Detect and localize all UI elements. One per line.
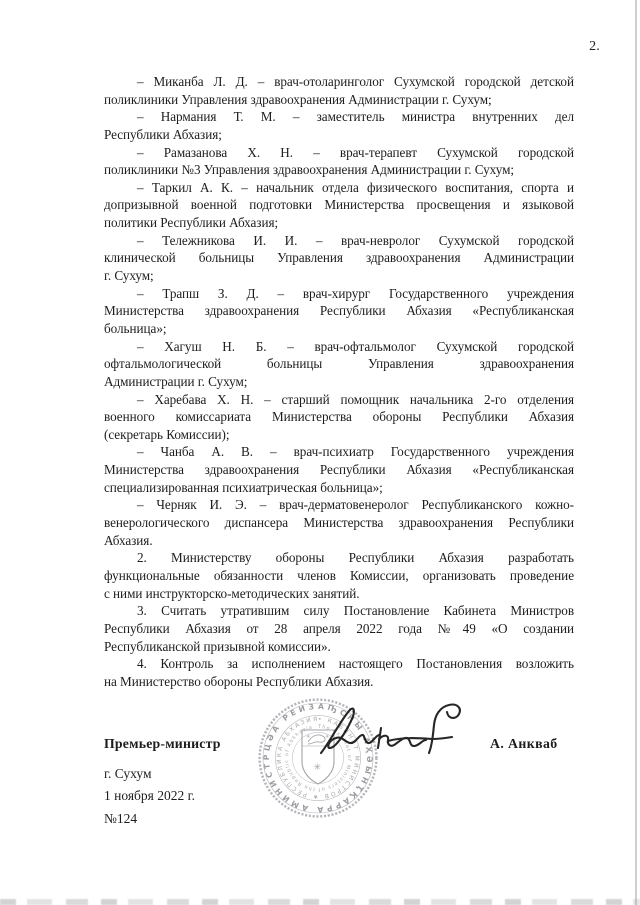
issue-details: г. Сухум 1 ноября 2022 г. №124 <box>104 763 195 830</box>
document-number: №124 <box>104 808 195 830</box>
text-line: венерологического диспансера Министерств… <box>104 514 574 532</box>
signature-title: Премьер-министр <box>104 736 221 752</box>
paragraph: – Миканба Л. Д. – врач-отоларинголог Сух… <box>104 73 574 108</box>
scan-noise-strip <box>0 899 640 905</box>
text-line: – Харебава Х. Н. – старший помощник нача… <box>104 391 574 409</box>
text-line: военного комиссариата Министерства оборо… <box>104 408 574 426</box>
text-line: Республиканской призывной комиссии». <box>104 638 574 656</box>
text-line: г. Сухум; <box>104 267 574 285</box>
text-line: 4. Контроль за исполнением настоящего По… <box>104 655 574 673</box>
text-line: Министерства здравоохранения Республики … <box>104 302 574 320</box>
paragraph: – Трапш З. Д. – врач-хирург Государствен… <box>104 285 574 338</box>
text-line: Абхазия. <box>104 532 574 550</box>
text-line: Республики Абхазия; <box>104 126 574 144</box>
paragraph: – Таркил А. К. – начальник отдела физиче… <box>104 179 574 232</box>
text-line: Республики Абхазия от 28 апреля 2022 год… <box>104 620 574 638</box>
text-line: с ними инструкторско-методических заняти… <box>104 585 574 603</box>
text-line: допризывной военной подготовки Министерс… <box>104 196 574 214</box>
paragraph: 2. Министерству обороны Республики Абхаз… <box>104 549 574 602</box>
text-line: – Трапш З. Д. – врач-хирург Государствен… <box>104 285 574 303</box>
text-line: офтальмологической больницы Управления з… <box>104 355 574 373</box>
text-line: 2. Министерству обороны Республики Абхаз… <box>104 549 574 567</box>
paragraph: – Тележникова И. И. – врач-невролог Суху… <box>104 232 574 285</box>
text-line: 3. Считать утратившим силу Постановление… <box>104 602 574 620</box>
text-line: – Черняк И. Э. – врач-дерматовенеролог Р… <box>104 496 574 514</box>
paragraph: – Черняк И. Э. – врач-дерматовенеролог Р… <box>104 496 574 549</box>
document-page: 2. – Миканба Л. Д. – врач-отоларинголог … <box>0 0 640 905</box>
paragraph: – Нармания Т. М. – заместитель министра … <box>104 108 574 143</box>
document-body: – Миканба Л. Д. – врач-отоларинголог Сух… <box>104 73 574 690</box>
text-line: Министерства здравоохранения Республики … <box>104 461 574 479</box>
text-line: – Нармания Т. М. – заместитель министра … <box>104 108 574 126</box>
text-line: – Таркил А. К. – начальник отдела физиче… <box>104 179 574 197</box>
paragraph: – Хагуш Н. Б. – врач-офтальмолог Сухумск… <box>104 338 574 391</box>
text-line: специализированная психиатрическая больн… <box>104 479 574 497</box>
issue-place: г. Сухум <box>104 763 195 785</box>
text-line: функциональные обязанности членов Комисс… <box>104 567 574 585</box>
text-line: поликлиники №3 Управления здравоохранени… <box>104 161 574 179</box>
text-line: политики Республики Абхазия; <box>104 214 574 232</box>
scan-edge-line <box>635 0 637 905</box>
text-line: (секретарь Комиссии); <box>104 426 574 444</box>
text-line: – Рамазанова Х. Н. – врач-терапевт Сухум… <box>104 144 574 162</box>
text-line: – Чанба А. В. – врач-психиатр Государств… <box>104 443 574 461</box>
page-number: 2. <box>570 39 600 55</box>
issue-date: 1 ноября 2022 г. <box>104 785 195 807</box>
text-line: больница»; <box>104 320 574 338</box>
text-line: – Миканба Л. Д. – врач-отоларинголог Сух… <box>104 73 574 91</box>
text-line: – Хагуш Н. Б. – врач-офтальмолог Сухумск… <box>104 338 574 356</box>
text-line: поликлиники Управления здравоохранения А… <box>104 91 574 109</box>
paragraph: 4. Контроль за исполнением настоящего По… <box>104 655 574 690</box>
paragraph: – Чанба А. В. – врач-психиатр Государств… <box>104 443 574 496</box>
paragraph: 3. Считать утратившим силу Постановление… <box>104 602 574 655</box>
paragraph: – Харебава Х. Н. – старший помощник нача… <box>104 391 574 444</box>
signature-name: А. Анкваб <box>490 736 558 752</box>
text-line: клинической больницы Управления здравоох… <box>104 249 574 267</box>
text-line: Администрации г. Сухум; <box>104 373 574 391</box>
paragraph: – Рамазанова Х. Н. – врач-терапевт Сухум… <box>104 144 574 179</box>
svg-text:✳: ✳ <box>314 763 322 773</box>
signature-row: Премьер-министр А. Анкваб <box>104 736 574 754</box>
text-line: – Тележникова И. И. – врач-невролог Суху… <box>104 232 574 250</box>
text-line: на Министерство обороны Республики Абхаз… <box>104 673 574 691</box>
